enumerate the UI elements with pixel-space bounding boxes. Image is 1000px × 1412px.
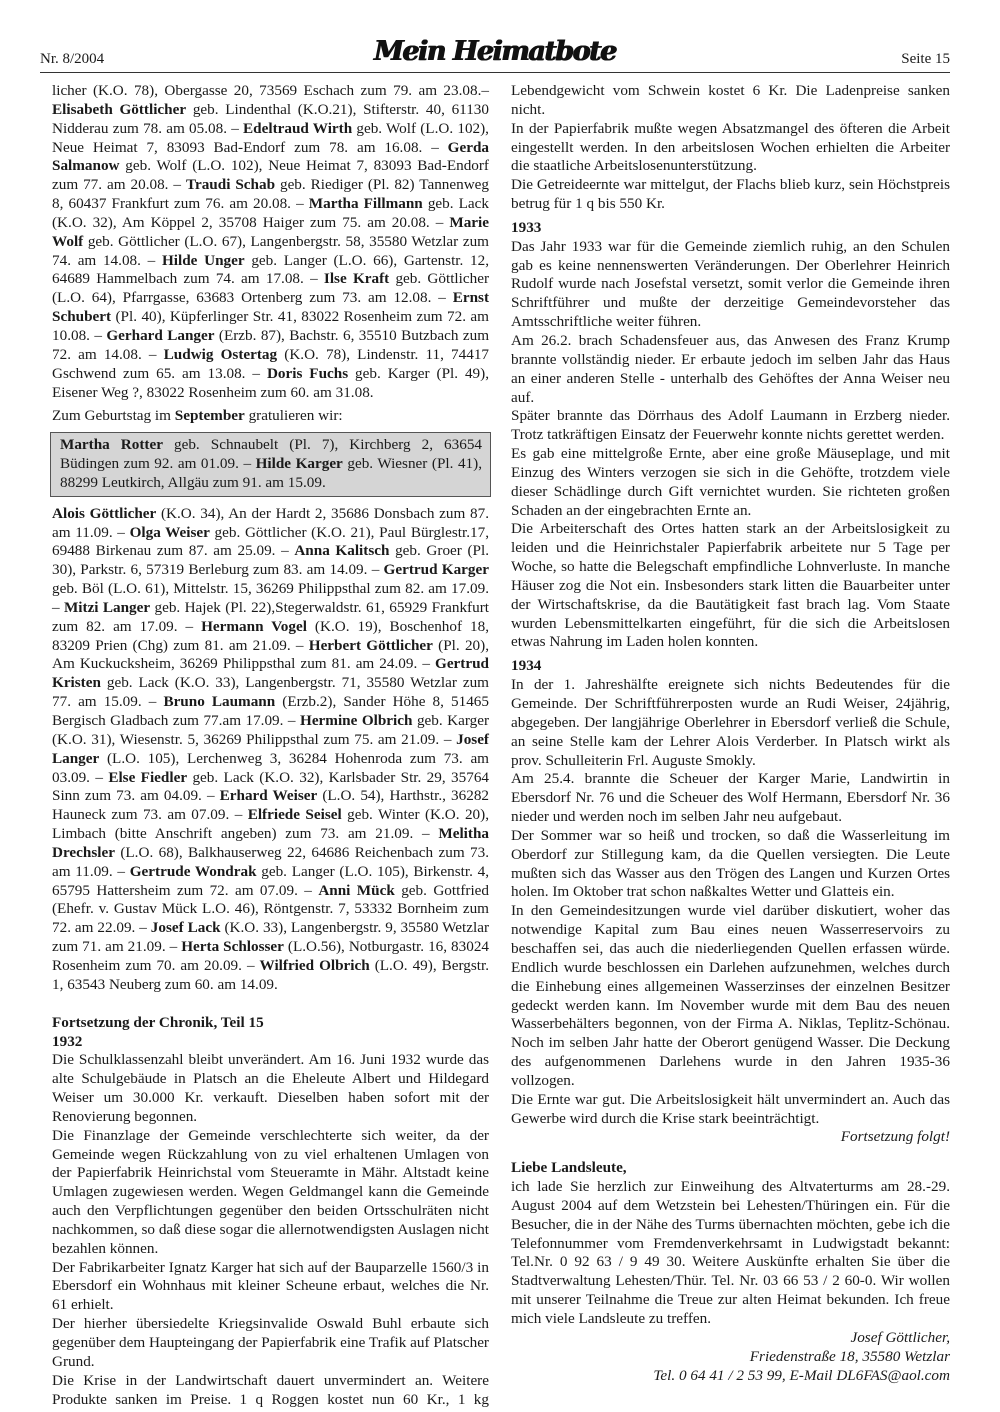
person-name: Martha Fillmann: [309, 195, 423, 212]
chronicle-paragraph: Die Schulklassenzahl bleibt unverändert.…: [52, 1051, 489, 1126]
right-column: Die Krise in der Landwirtschaft dauert u…: [511, 82, 950, 1385]
letter-salutation: Liebe Landsleute,: [511, 1159, 950, 1178]
september-intro: Zum Geburtstag im September gratulieren …: [52, 407, 489, 426]
page-header: Nr. 8/2004 Mein Heimatbote Seite 15: [40, 40, 950, 73]
person-name: Martha Rotter: [60, 436, 163, 453]
issue-number: Nr. 8/2004: [40, 51, 104, 68]
chronicle-paragraph: In der Papierfabrik mußte wegen Absatzma…: [511, 120, 950, 177]
to-be-continued: Fortsetzung folgt!: [511, 1128, 950, 1147]
page-number: Seite 15: [901, 51, 950, 68]
person-name: Gerhard Langer: [106, 327, 214, 344]
person-name: Edeltraud Wirth: [243, 120, 352, 137]
chronicle-paragraph: In den Gemeindesitzungen wurde viel darü…: [511, 902, 950, 1090]
chronicle-paragraph: Die Ernte war gut. Die Arbeitslosigkeit …: [511, 1091, 950, 1129]
person-name: Hilde Karger: [256, 455, 343, 472]
person-name: Hilde Unger: [162, 252, 245, 269]
year-heading-1932: 1932: [52, 1033, 489, 1052]
signature-address: Friedenstraße 18, 35580 Wetzlar: [511, 1348, 950, 1367]
chronicle-paragraph: Es gab eine mittelgroße Ernte, aber eine…: [511, 445, 950, 520]
person-name: Traudi Schab: [186, 176, 275, 193]
person-name: Ludwig Ostertag: [164, 346, 277, 363]
letter-body: ich lade Sie herzlich zur Einweihung des…: [511, 1178, 950, 1329]
year-heading-1933: 1933: [511, 219, 950, 238]
signature-name: Josef Göttlicher,: [511, 1329, 950, 1348]
person-name: Ilse Kraft: [324, 270, 389, 287]
chronicle-paragraph: Das Jahr 1933 war für die Gemeinde zieml…: [511, 238, 950, 332]
chronicle-paragraph: Die Getreideernte war mittelgut, der Fla…: [511, 176, 950, 214]
chronicle-paragraph-split: Die Krise in der Landwirtschaft dauert u…: [52, 1372, 489, 1410]
chronicle-paragraph: Am 25.4. brannte die Scheuer der Karger …: [511, 770, 950, 827]
chronicle-paragraph: Der Sommer war so heiß und trocken, so d…: [511, 827, 950, 902]
chronicle-paragraph: Die Arbeiterschaft des Ortes hatten star…: [511, 520, 950, 652]
chronicle-paragraph: Der Fabrikarbeiter Ignatz Karger hat sic…: [52, 1259, 489, 1316]
year-heading-1934: 1934: [511, 657, 950, 676]
person-name: Doris Fuchs: [267, 365, 348, 382]
masthead-logo: Mein Heimatbote: [374, 36, 616, 67]
birthdays-august-list: licher (K.O. 78), Obergasse 20, 73569 Es…: [52, 82, 489, 402]
chronicle-title: Fortsetzung der Chronik, Teil 15: [52, 1014, 489, 1033]
chronicle-paragraph: Später brannte das Dörrhaus des Adolf La…: [511, 407, 950, 445]
left-column: licher (K.O. 78), Obergasse 20, 73569 Es…: [52, 82, 489, 1409]
person-name: Elisabeth Göttlicher: [52, 101, 186, 118]
birthdays-september-list: Alois Göttlicher (K.O. 34), An der Hardt…: [52, 505, 489, 995]
highlight-box: Martha Rotter geb. Schnaubelt (Pl. 7), K…: [50, 432, 491, 497]
signature-contact: Tel. 0 64 41 / 2 53 99, E-Mail DL6FAS@ao…: [511, 1367, 950, 1386]
chronicle-paragraph: Der hierher übersiedelte Kriegsinvalide …: [52, 1315, 489, 1372]
chronicle-paragraph: In der 1. Jahreshälfte ereignete sich ni…: [511, 676, 950, 770]
chronicle-paragraph: Die Finanzlage der Gemeinde verschlechte…: [52, 1127, 489, 1259]
chronicle-paragraph-continued: Die Krise in der Landwirtschaft dauert u…: [511, 82, 950, 120]
chronicle-paragraph: Am 26.2. brach Schadensfeuer aus, das An…: [511, 332, 950, 407]
